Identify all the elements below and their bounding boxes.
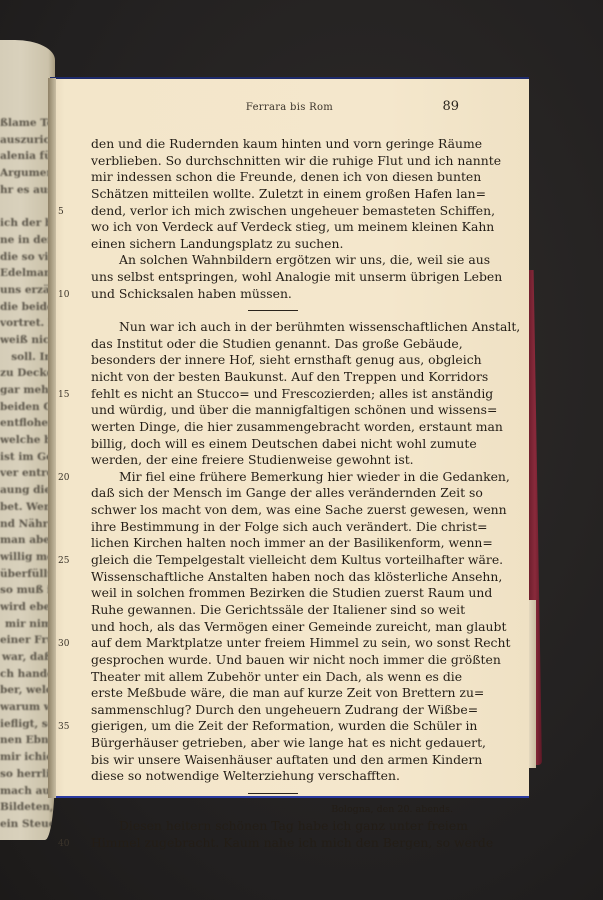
ghost-line: welche bei [0, 432, 52, 449]
gutter-shadow [48, 78, 56, 798]
ghost-line: ver entreißt [0, 465, 52, 482]
text-line: dend, verlor ich mich zwischen ungeheuer… [91, 203, 455, 220]
line-text: fehlt es nicht an Stucco= und Frescozier… [91, 386, 493, 401]
page-number: 89 [442, 99, 459, 114]
line-number: 40 [58, 836, 76, 853]
left-page-text: ßlame Teileauszurichtenalenia fürArgumen… [0, 115, 52, 833]
text-line: und würdig, und über die mannigfaltigen … [91, 402, 455, 419]
text-line: billig, doch will es einem Deutschen dab… [91, 436, 455, 453]
ghost-line: weiß nicht [0, 332, 52, 349]
ghost-line: man aber [0, 532, 52, 549]
text-line: gleich die Tempelgestalt vielleicht dem … [91, 552, 455, 569]
text-line: uns selbst entspringen, wohl Analogie mi… [91, 269, 455, 286]
text-line: wo ich von Verdeck auf Verdeck stieg, um… [91, 219, 455, 236]
ghost-line [0, 198, 52, 215]
ghost-line: die beiden [0, 299, 52, 316]
line-text: billig, doch will es einem Deutschen dab… [91, 436, 477, 451]
ghost-line: hr es aus. [0, 182, 52, 199]
text-line: ihre Bestimmung in der Folge sich auch v… [91, 519, 455, 536]
line-text: auf dem Marktplatze unter freiem Himmel … [91, 635, 510, 650]
ghost-line: ne in den [0, 232, 52, 249]
ghost-line: wird eben [0, 599, 52, 616]
ghost-line: willig mehr [0, 549, 52, 566]
text-line: Bürgerhäuser getrieben, aber wie lange h… [91, 735, 455, 752]
line-text: nicht von der besten Baukunst. Auf den T… [91, 369, 488, 384]
ghost-line: mach außen [0, 783, 52, 800]
ghost-line: warum wohl [0, 699, 52, 716]
line-number: 30 [58, 636, 76, 653]
ghost-line: beiden Ge [0, 399, 52, 416]
line-text: einen sichern Landungsplatz zu suchen. [91, 236, 343, 251]
text-line: lichen Kirchen halten noch immer an der … [91, 535, 455, 552]
ghost-line: ein Steuern [0, 816, 52, 833]
line-text: den und die Rudernden kaum hinten und vo… [91, 136, 482, 151]
text-line: Schätzen mitteilen wollte. Zuletzt in ei… [91, 186, 455, 203]
line-text: diese so notwendige Welterziehung versch… [91, 768, 400, 783]
ghost-line: ßlame Teile [0, 115, 52, 132]
ghost-line: alenia für [0, 148, 52, 165]
line-text: uns selbst entspringen, wohl Analogie mi… [91, 269, 502, 284]
line-number: 5 [58, 204, 76, 221]
ghost-line: zu Deckde [0, 365, 52, 382]
ghost-line: ist im Ge [0, 449, 52, 466]
ghost-line: so muß ich [0, 582, 52, 599]
line-text: Diesen heitern schönen Tag habe ich ganz… [119, 818, 468, 833]
text-line: das Institut oder die Studien genannt. D… [91, 336, 455, 353]
line-text: Wissenschaftliche Anstalten haben noch d… [91, 569, 502, 584]
ghost-line: ich der bal [0, 215, 52, 232]
line-text: und würdig, und über die mannigfaltigen … [91, 402, 497, 417]
dateline: Bologna, den 20. abends. [91, 802, 455, 819]
line-text: das Institut oder die Studien genannt. D… [91, 336, 463, 351]
text-line: diese so notwendige Welterziehung versch… [91, 768, 455, 785]
ghost-line: mir nim [0, 616, 52, 633]
line-text: sammenschlug? Durch den ungeheuern Zudra… [91, 702, 478, 717]
ghost-line: soll. In [0, 349, 52, 366]
text-line: besonders der innere Hof, sieht ernsthaf… [91, 352, 455, 369]
line-number: 25 [58, 553, 76, 570]
line-text: Nun war ich auch in der berühmten wissen… [119, 319, 520, 334]
line-text: erste Meßbude wäre, die man auf kurze Ze… [91, 685, 484, 700]
line-text: bis wir unsere Waisenhäuser auftaten und… [91, 752, 482, 767]
line-number: 15 [58, 387, 76, 404]
ghost-line: überfüllung [0, 566, 52, 583]
text-line: mir indessen schon die Freunde, denen ic… [91, 169, 455, 186]
line-text: lichen Kirchen halten noch immer an der … [91, 535, 493, 550]
divider-line [248, 793, 298, 794]
text-line: Himmel zugebracht. Kaum nahe ich mich de… [91, 835, 455, 852]
text-line: Ruhe gewannen. Die Gerichtssäle der Ital… [91, 602, 455, 619]
line-text: ihre Bestimmung in der Folge sich auch v… [91, 519, 488, 534]
text-line: Diesen heitern schönen Tag habe ich ganz… [91, 818, 455, 835]
text-line: gesprochen wurde. Und bauen wir nicht no… [91, 652, 455, 669]
ghost-line: einer Frucht [0, 632, 52, 649]
text-line: Nun war ich auch in der berühmten wissen… [91, 319, 455, 336]
ghost-line: nen Ebnen [0, 732, 52, 749]
line-text: Bürgerhäuser getrieben, aber wie lange h… [91, 735, 486, 750]
text-line: verblieben. So durchschnitten wir die ru… [91, 153, 455, 170]
ghost-line: uns erzählt [0, 282, 52, 299]
text-line: auf dem Marktplatze unter freiem Himmel … [91, 635, 455, 652]
line-text: verblieben. So durchschnitten wir die ru… [91, 153, 501, 168]
text-line: gierigen, um die Zeit der Reformation, w… [91, 718, 455, 735]
text-line: An solchen Wahnbildern ergötzen wir uns,… [91, 252, 455, 269]
line-number: 10 [58, 287, 76, 304]
left-page-fragment: ßlame Teileauszurichtenalenia fürArgumen… [0, 40, 55, 840]
ghost-line: entflohene [0, 415, 52, 432]
line-text: gesprochen wurde. Und bauen wir nicht no… [91, 652, 501, 667]
text-line: werten Dinge, die hier zusammengebracht … [91, 419, 455, 436]
line-number: 35 [58, 719, 76, 736]
section-divider [91, 302, 455, 319]
line-text: und Schicksalen haben müssen. [91, 286, 292, 301]
text-line: sammenschlug? Durch den ungeheuern Zudra… [91, 702, 455, 719]
line-text: An solchen Wahnbildern ergötzen wir uns,… [119, 252, 490, 267]
text-line: und hoch, als das Vermögen einer Gemeind… [91, 619, 455, 636]
ghost-line: ber, welches [0, 682, 52, 699]
divider-line [248, 310, 298, 311]
line-text: gierigen, um die Zeit der Reformation, w… [91, 718, 477, 733]
line-text: schwer los macht von dem, was eine Sache… [91, 502, 507, 517]
right-page: Ferrara bis Rom 89 den und die Rudernden… [50, 77, 529, 798]
text-line: werden, der eine freiere Studienweise ge… [91, 452, 455, 469]
line-text: werten Dinge, die hier zusammengebracht … [91, 419, 503, 434]
ghost-line: aung diese [0, 482, 52, 499]
line-text: gleich die Tempelgestalt vielleicht dem … [91, 552, 503, 567]
line-text: Schätzen mitteilen wollte. Zuletzt in ei… [91, 186, 486, 201]
text-line: weil in solchen frommen Bezirken die Stu… [91, 585, 455, 602]
line-text: Mir fiel eine frühere Bemerkung hier wie… [119, 469, 510, 484]
ghost-line: war, daß [0, 649, 52, 666]
text-line: Wissenschaftliche Anstalten haben noch d… [91, 569, 455, 586]
body-text: den und die Rudernden kaum hinten und vo… [91, 136, 455, 852]
text-line: erste Meßbude wäre, die man auf kurze Ze… [91, 685, 455, 702]
line-text: weil in solchen frommen Bezirken die Stu… [91, 585, 492, 600]
ghost-line: iefligt, so er [0, 716, 52, 733]
ghost-line: vortret. In [0, 315, 52, 332]
ghost-line: mir ichied [0, 749, 52, 766]
line-text: wo ich von Verdeck auf Verdeck stieg, um… [91, 219, 494, 234]
text-line: den und die Rudernden kaum hinten und vo… [91, 136, 455, 153]
page-block-edge [528, 600, 536, 768]
ghost-line: so herrlich [0, 766, 52, 783]
line-text: Himmel zugebracht. Kaum nahe ich mich de… [91, 835, 493, 850]
line-text: mir indessen schon die Freunde, denen ic… [91, 169, 481, 184]
text-line: und Schicksalen haben müssen.10 [91, 286, 455, 303]
text-line: nicht von der besten Baukunst. Auf den T… [91, 369, 455, 386]
ghost-line: gar mehr [0, 382, 52, 399]
text-line: schwer los macht von dem, was eine Sache… [91, 502, 455, 519]
ghost-line: bet. Wenn [0, 499, 52, 516]
line-text: und hoch, als das Vermögen einer Gemeind… [91, 619, 506, 634]
ghost-line: Edelmanns [0, 265, 52, 282]
ghost-line: Bildeten, den [0, 799, 52, 816]
line-text: dend, verlor ich mich zwischen ungeheuer… [91, 203, 495, 218]
ghost-line: Argumente [0, 165, 52, 182]
line-number: 20 [58, 470, 76, 487]
line-text: daß sich der Mensch im Gange der alles v… [91, 485, 483, 500]
ghost-line: ch handelte [0, 666, 52, 683]
ghost-line: nd Nähren [0, 516, 52, 533]
ghost-line: die so viel [0, 249, 52, 266]
section-divider [91, 785, 455, 802]
line-text: Ruhe gewannen. Die Gerichtssäle der Ital… [91, 602, 465, 617]
text-line: einen sichern Landungsplatz zu suchen. [91, 236, 455, 253]
text-line: Theater mit allem Zubehör unter ein Dach… [91, 669, 455, 686]
text-line: bis wir unsere Waisenhäuser auftaten und… [91, 752, 455, 769]
line-text: werden, der eine freiere Studienweise ge… [91, 452, 414, 467]
line-text: Theater mit allem Zubehör unter ein Dach… [91, 669, 462, 684]
ghost-line: auszurichten [0, 132, 52, 149]
line-text: besonders der innere Hof, sieht ernsthaf… [91, 352, 482, 367]
text-line: daß sich der Mensch im Gange der alles v… [91, 485, 455, 502]
text-line: Mir fiel eine frühere Bemerkung hier wie… [91, 469, 455, 486]
text-line: fehlt es nicht an Stucco= und Frescozier… [91, 386, 455, 403]
